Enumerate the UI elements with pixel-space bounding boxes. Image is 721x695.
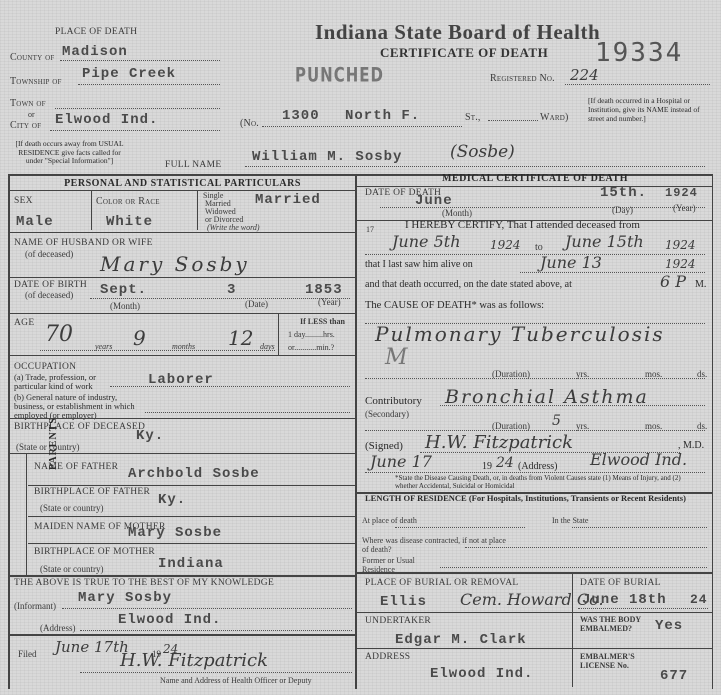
color-value: White bbox=[106, 214, 153, 230]
death-year-label: (Year) bbox=[673, 204, 696, 213]
city-value: Elwood Ind. bbox=[55, 112, 158, 128]
death-day-label: (Day) bbox=[612, 206, 633, 215]
registered-number: 224 bbox=[570, 66, 599, 84]
dob-date-label: (Date) bbox=[245, 300, 268, 309]
age-years: 70 bbox=[45, 322, 73, 347]
duration-mos-label: mos. bbox=[645, 370, 662, 379]
age-months: 9 bbox=[133, 326, 146, 350]
day-hrs-label: 1 day.........hrs. bbox=[288, 330, 335, 339]
father-birthplace-state-label: (State or country) bbox=[40, 504, 103, 513]
ward-label: Ward) bbox=[540, 112, 569, 123]
last-saw-year: 1924 bbox=[665, 257, 696, 271]
residence-heading: LENGTH OF RESIDENCE (For Hospitals, Inst… bbox=[365, 494, 710, 503]
signed-year: 24 bbox=[496, 455, 514, 471]
or-min-label: or...........min.? bbox=[288, 343, 334, 352]
place-of-death-heading: PLACE OF DEATH bbox=[55, 27, 137, 37]
contributory-mos-label: mos. bbox=[645, 422, 662, 431]
dob-date: 3 bbox=[227, 282, 236, 298]
cause-label: The CAUSE OF DEATH* was as follows: bbox=[365, 300, 544, 311]
physician-signature: H.W. Fitzpatrick bbox=[425, 432, 573, 453]
mother-birthplace-state-label: (State or country) bbox=[40, 565, 103, 574]
or-label: or bbox=[28, 110, 35, 119]
undertaker-value: Edgar M. Clark bbox=[395, 632, 527, 648]
document-title: Indiana State Board of Health bbox=[315, 20, 600, 45]
occurred-text: and that death occurred, on the date sta… bbox=[365, 279, 572, 290]
full-name-value: William M. Sosby bbox=[252, 149, 402, 165]
color-label: Color or Race bbox=[96, 196, 160, 207]
document-subtitle: CERTIFICATE OF DEATH bbox=[380, 45, 548, 61]
informant-value: Mary Sosby bbox=[78, 590, 172, 606]
township-value: Pipe Creek bbox=[82, 66, 176, 82]
death-time: 6 P bbox=[660, 272, 686, 291]
certify-text: I HEREBY CERTIFY, That I attended deceas… bbox=[405, 219, 640, 231]
less-than-label: If LESS than bbox=[300, 317, 345, 326]
last-saw-label: that I last saw him alive on bbox=[365, 259, 473, 270]
father-value: Archbold Sosbe bbox=[128, 466, 260, 482]
registrar-label: Name and Address of Health Officer or De… bbox=[160, 676, 312, 685]
informant-label: (Informant) bbox=[14, 602, 56, 611]
spouse-value: Mary Sosby bbox=[100, 252, 250, 276]
death-month-label: (Month) bbox=[442, 209, 472, 218]
contributory-duration-yrs: 5 bbox=[552, 413, 561, 429]
cause-value: Pulmonary Tuberculosis bbox=[375, 322, 665, 346]
dob-year: 1853 bbox=[305, 282, 343, 298]
dob-sublabel: (of deceased) bbox=[25, 291, 73, 300]
county-value: Madison bbox=[62, 44, 128, 60]
burial-date-value: June 18th bbox=[582, 592, 667, 608]
in-state-label: In the State bbox=[552, 516, 592, 525]
township-label: Township of bbox=[10, 76, 62, 87]
physician-address: Elwood Ind. bbox=[590, 450, 687, 469]
informant-heading: THE ABOVE IS TRUE TO THE BEST OF MY KNOW… bbox=[14, 578, 274, 588]
signed-label: (Signed) bbox=[365, 440, 403, 452]
residence-note: [If death occurs away from USUAL RESIDEN… bbox=[12, 140, 127, 166]
medical-heading: MEDICAL CERTIFICATE OF DEATH bbox=[360, 173, 710, 184]
license-value: 677 bbox=[660, 668, 688, 684]
dob-year-label: (Year) bbox=[318, 298, 341, 307]
death-year: 1924 bbox=[665, 186, 698, 200]
contributory-ds-label: ds. bbox=[697, 422, 707, 431]
mother-value: Mary Sosbe bbox=[128, 525, 222, 541]
mother-birthplace-label: BIRTHPLACE OF MOTHER bbox=[34, 547, 155, 557]
hospital-note: [If death occurred in a Hospital or Inst… bbox=[588, 96, 713, 123]
sex-value: Male bbox=[16, 214, 54, 230]
time-m-label: M. bbox=[695, 279, 706, 290]
burial-place-value: Ellis bbox=[380, 594, 427, 610]
to-label: to bbox=[535, 243, 543, 252]
certificate-number: 19334 bbox=[595, 38, 683, 68]
burial-date-label: DATE OF BURIAL bbox=[580, 578, 661, 588]
registered-label: Registered No. bbox=[490, 73, 555, 84]
cause-mark: M bbox=[385, 345, 408, 370]
burial-year-value: 24 bbox=[690, 592, 708, 607]
contributory-yrs-label: yrs. bbox=[576, 422, 589, 431]
informant-address: Elwood Ind. bbox=[118, 612, 221, 628]
county-label: County of bbox=[10, 52, 54, 63]
death-day: 15th. bbox=[600, 185, 647, 201]
sex-label: SEX bbox=[14, 196, 33, 206]
dob-month: Sept. bbox=[100, 282, 147, 298]
dob-label: DATE OF BIRTH bbox=[14, 280, 87, 290]
st-label: St., bbox=[465, 112, 481, 123]
occupation-a-label: (a) Trade, profession, or particular kin… bbox=[14, 373, 124, 391]
attended-from: June 5th bbox=[392, 232, 461, 251]
father-label: NAME OF FATHER bbox=[34, 462, 118, 472]
attended-to: June 15th bbox=[565, 232, 644, 251]
contributory-label: Contributory bbox=[365, 395, 422, 407]
street-name: North F. bbox=[345, 108, 420, 124]
street-number-label: (No. bbox=[240, 118, 259, 129]
duration-label: (Duration) bbox=[492, 370, 530, 379]
attended-from-year: 1924 bbox=[490, 238, 521, 252]
secondary-label: (Secondary) bbox=[365, 410, 409, 419]
burial-place-label: PLACE OF BURIAL OR REMOVAL bbox=[365, 578, 518, 588]
age-label: AGE bbox=[14, 318, 34, 328]
undertaker-label: UNDERTAKER bbox=[365, 616, 431, 626]
age-days: 12 bbox=[228, 326, 253, 350]
personal-heading: PERSONAL AND STATISTICAL PARTICULARS bbox=[10, 178, 355, 189]
father-birthplace-value: Ky. bbox=[158, 492, 186, 508]
physician-address-label: (Address) bbox=[518, 461, 557, 472]
registrar-signature: H.W. Fitzpatrick bbox=[120, 650, 268, 671]
dob-month-label: (Month) bbox=[110, 302, 140, 311]
full-name-annotation: (Sosbe) bbox=[450, 142, 515, 162]
contracted-label: Where was disease contracted, if not at … bbox=[362, 536, 512, 554]
town-label: Town of bbox=[10, 98, 46, 109]
duration-yrs-label: yrs. bbox=[576, 370, 589, 379]
mother-birthplace-value: Indiana bbox=[158, 556, 224, 572]
marital-status-value: Married bbox=[255, 192, 321, 208]
informant-address-label: (Address) bbox=[40, 624, 76, 633]
contributory-duration-label: (Duration) bbox=[492, 422, 530, 431]
spouse-sublabel: (of deceased) bbox=[25, 250, 73, 259]
undertaker-address-label: ADDRESS bbox=[365, 652, 410, 662]
full-name-label: FULL NAME bbox=[165, 160, 221, 170]
marital-label-5: (Write the word) bbox=[207, 223, 260, 232]
death-certificate: PLACE OF DEATH Indiana State Board of He… bbox=[0, 0, 721, 695]
occupation-label: OCCUPATION bbox=[14, 362, 76, 372]
at-place-label: At place of death bbox=[362, 516, 422, 525]
signed-year-prefix: 19 bbox=[482, 461, 492, 472]
street-number: 1300 bbox=[282, 108, 320, 124]
license-label: EMBALMER'S LICENSE No. bbox=[580, 652, 650, 670]
spouse-label: NAME OF HUSBAND OR WIFE bbox=[14, 238, 153, 248]
signed-date: June 17 bbox=[370, 452, 432, 471]
embalmed-value: Yes bbox=[655, 618, 683, 634]
birthplace-label: BIRTHPLACE OF DECEASED bbox=[14, 422, 145, 432]
attended-to-year: 1924 bbox=[665, 238, 696, 252]
undertaker-address-value: Elwood Ind. bbox=[430, 666, 533, 682]
duration-ds-label: ds. bbox=[697, 370, 707, 379]
last-saw-date: June 13 bbox=[540, 253, 602, 272]
filed-label: Filed bbox=[18, 650, 37, 659]
punched-stamp: PUNCHED bbox=[295, 63, 384, 86]
father-birthplace-label: BIRTHPLACE OF FATHER bbox=[34, 487, 150, 497]
filed-date: June 17th bbox=[55, 638, 129, 656]
embalmed-label: WAS THE BODY EMBALMED? bbox=[580, 615, 655, 633]
city-label: City of bbox=[10, 120, 41, 131]
birthplace-value: Ky. bbox=[136, 428, 164, 444]
item-17: 17 bbox=[366, 225, 374, 234]
medical-footnote: *State the Disease Causing Death, or, in… bbox=[395, 474, 695, 490]
occupation-b-label: (b) General nature of industry, business… bbox=[14, 393, 149, 420]
